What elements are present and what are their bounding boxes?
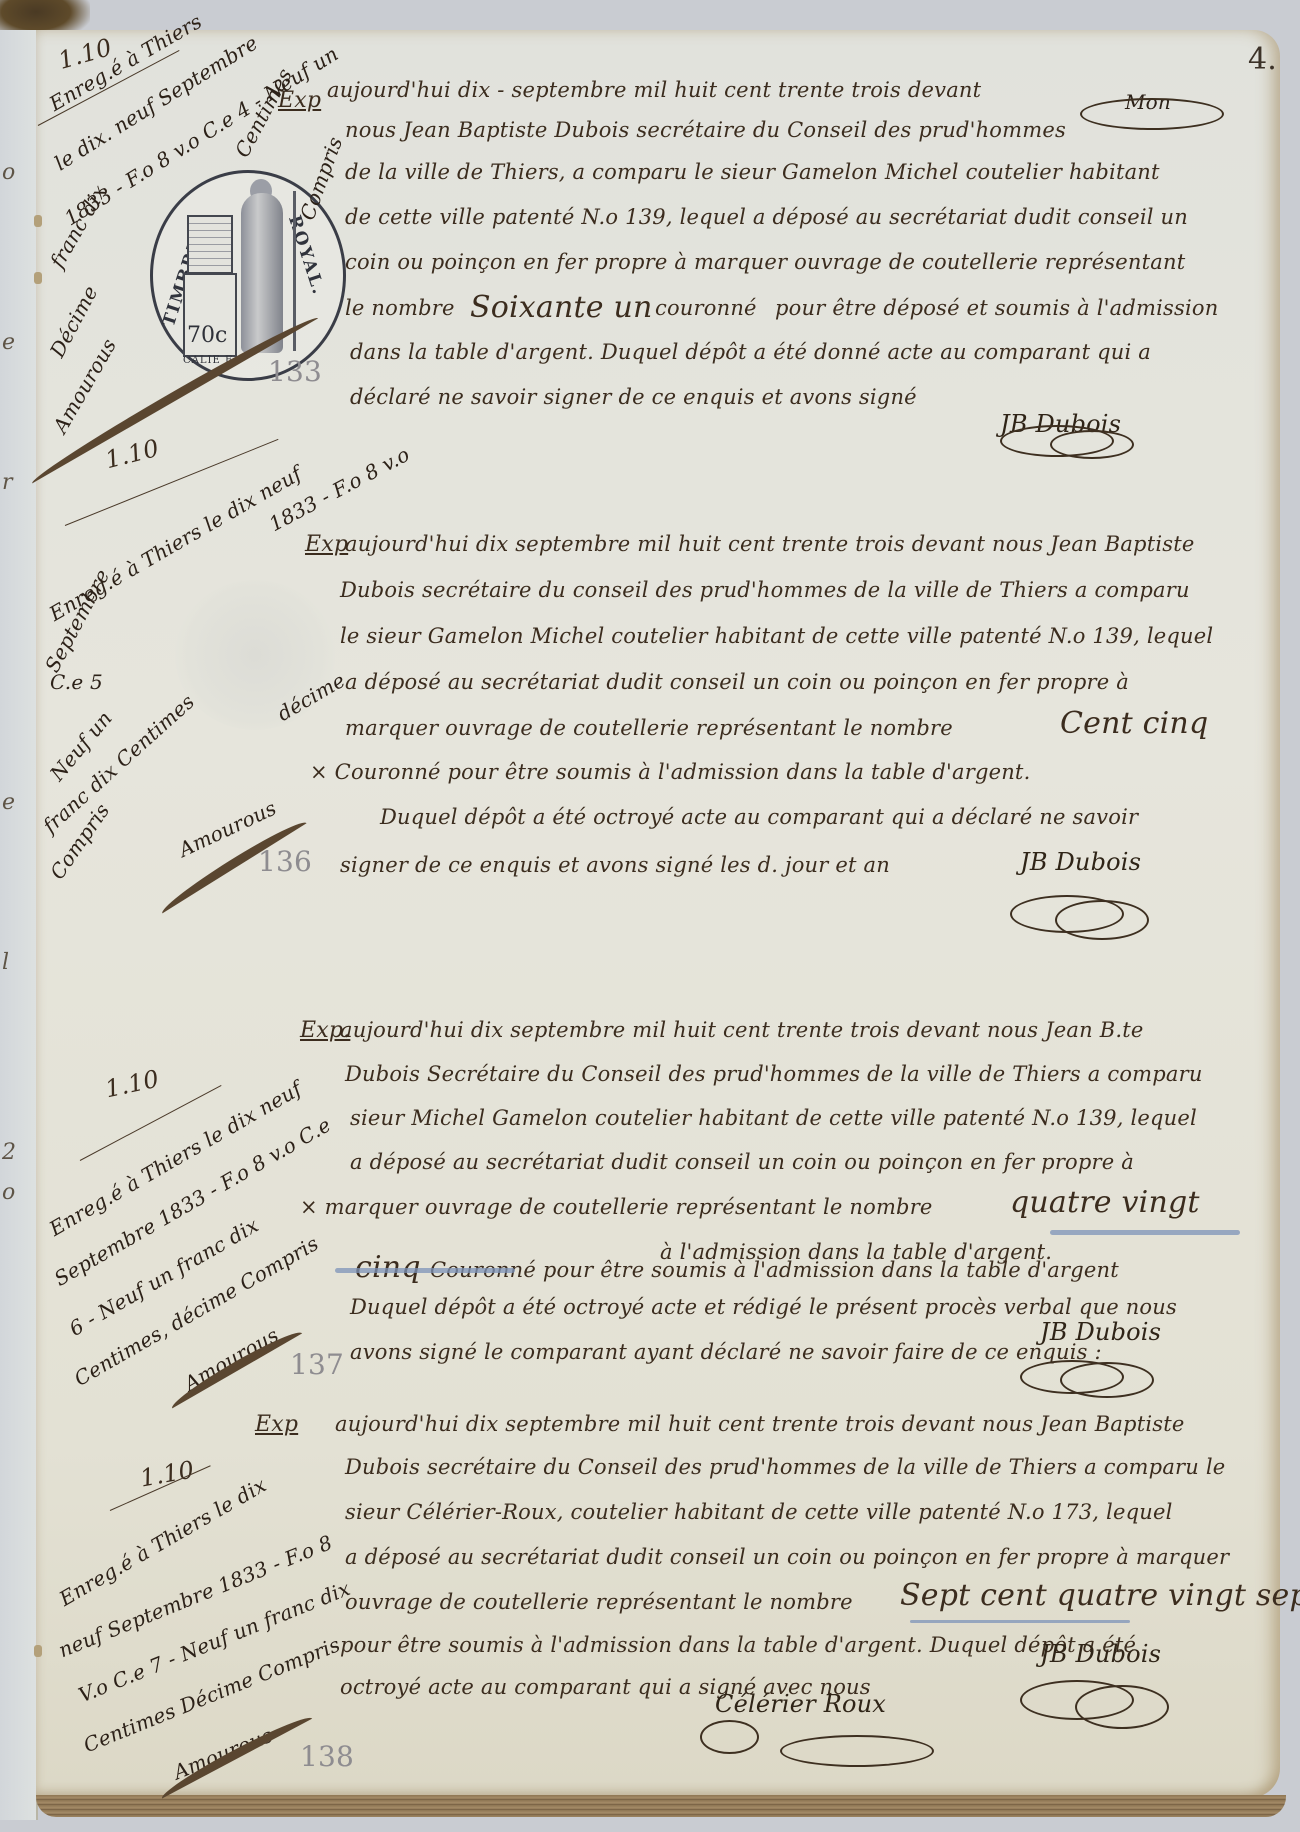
page-number: 4. xyxy=(1248,42,1277,77)
blue-pencil-underline xyxy=(335,1268,515,1273)
declared-number-words: quatre vingt xyxy=(1010,1185,1200,1220)
facing-page-fragment: o xyxy=(2,160,15,185)
stamp-value: 70c xyxy=(187,323,227,348)
entry-text-line: Dubois secrétaire du conseil des prud'ho… xyxy=(340,578,1190,602)
pencil-entry-number: 136 xyxy=(258,845,312,878)
pencil-entry-number: 138 xyxy=(300,1740,354,1773)
entry-text-line: coin ou poinçon en fer propre à marquer … xyxy=(345,250,1185,274)
binding-stitch xyxy=(34,1645,42,1657)
signature-paraph-icon xyxy=(1055,900,1149,940)
secretary-signature: JB Dubois xyxy=(1040,1318,1161,1346)
facing-page-fragment: 2 xyxy=(2,1140,16,1165)
stamp-ring-right-text: ROYAL. xyxy=(284,213,329,298)
entry-text-line: sieur Célérier-Roux, coutelier habitant … xyxy=(345,1500,1173,1524)
secretary-signature: JB Dubois xyxy=(1040,1640,1161,1668)
declared-number-words: Sept cent quatre vingt sept, xyxy=(900,1578,1300,1613)
entry-text-line: ouvrage de coutellerie représentant le n… xyxy=(345,1590,853,1614)
entry-text-line: Couronné pour être soumis à l'admission … xyxy=(430,1258,1119,1282)
declared-number-words: Soixante un xyxy=(470,290,653,325)
signature-paraph-icon xyxy=(780,1735,934,1767)
signature-paraph-icon xyxy=(700,1720,759,1754)
entry-text-line: Dubois secrétaire du Conseil des prud'ho… xyxy=(345,1455,1225,1479)
signature-paraph-icon xyxy=(1050,430,1134,459)
signature-paraph-icon xyxy=(1075,1685,1169,1729)
expedition-mark: Exp xyxy=(278,88,321,113)
expedition-mark: Exp xyxy=(305,532,348,557)
entry-text-line: Duquel dépôt a été octroyé acte au compa… xyxy=(380,805,1138,829)
entry-text-line: signer de ce enquis et avons signé les d… xyxy=(340,853,890,877)
blue-pencil-underline xyxy=(910,1620,1130,1623)
pencil-entry-number: 133 xyxy=(268,355,322,388)
binding-stitch xyxy=(34,215,42,227)
entry-text-line: couronné xyxy=(655,296,757,320)
entry-text-line: avons signé le comparant ayant déclaré n… xyxy=(350,1340,1102,1364)
pencil-entry-number: 137 xyxy=(290,1348,344,1381)
entry-text-line: Duquel dépôt a été octroyé acte et rédig… xyxy=(350,1295,1177,1319)
margin-paraph-icon xyxy=(1080,98,1224,130)
entry-text-line: a déposé au secrétariat dudit conseil un… xyxy=(345,1545,1229,1569)
signature-paraph-icon xyxy=(1060,1362,1154,1398)
entry-text-line: aujourd'hui dix - septembre mil huit cen… xyxy=(327,78,981,102)
entry-text-line: aujourd'hui dix septembre mil huit cent … xyxy=(335,1412,1185,1436)
entry-text-line: pour être déposé et soumis à l'admission xyxy=(775,296,1218,320)
entry-text-line: le sieur Gamelon Michel coutelier habita… xyxy=(340,624,1213,648)
entry-text-line: de cette ville patenté N.o 139, lequel a… xyxy=(345,205,1188,229)
entry-text-line: × marquer ouvrage de coutellerie représe… xyxy=(300,1195,933,1219)
secretary-signature: JB Dubois xyxy=(1020,848,1141,876)
page-stack-edge xyxy=(36,1795,1286,1817)
expedition-mark: Exp xyxy=(255,1412,298,1437)
facing-page-edge: o e r e l 2 o xyxy=(0,30,38,1820)
entry-text-line: dans la table d'argent. Duquel dépôt a é… xyxy=(350,340,1151,364)
entry-text-line: a déposé au secrétariat dudit conseil un… xyxy=(345,670,1129,694)
entry-text-line: déclaré ne savoir signer de ce enquis et… xyxy=(350,385,917,409)
party-signature: Célérier Roux xyxy=(715,1690,886,1718)
stamp-allegorical-figure-icon xyxy=(241,193,283,353)
entry-text-line: aujourd'hui dix septembre mil huit cent … xyxy=(345,532,1195,556)
declared-number-words: Cent cinq xyxy=(1060,706,1208,741)
facing-page-fragment: o xyxy=(2,1180,15,1205)
entry-text-line: pour être soumis à l'admission dans la t… xyxy=(340,1633,1136,1657)
registration-note-line: C.e 5 xyxy=(50,670,103,694)
entry-text-line: nous Jean Baptiste Dubois secrétaire du … xyxy=(345,118,1066,142)
entry-text-line: de la ville de Thiers, a comparu le sieu… xyxy=(345,160,1160,184)
blue-pencil-underline xyxy=(1050,1230,1240,1235)
entry-text-line: le nombre xyxy=(345,296,455,320)
binding-stitch xyxy=(34,272,42,284)
entry-text-line: × Couronné pour être soumis à l'admissio… xyxy=(310,760,1030,784)
facing-page-fragment: e xyxy=(2,790,15,815)
stamp-law-tablets-icon xyxy=(187,215,233,274)
entry-text-line: a déposé au secrétariat dudit conseil un… xyxy=(350,1150,1134,1174)
entry-text-line: marquer ouvrage de coutellerie représent… xyxy=(345,716,953,740)
facing-page-fragment: l xyxy=(2,950,9,975)
entry-text-line: Dubois Secrétaire du Conseil des prud'ho… xyxy=(345,1062,1203,1086)
entry-text-line: aujourd'hui dix septembre mil huit cent … xyxy=(340,1018,1143,1042)
entry-text-line: sieur Michel Gamelon coutelier habitant … xyxy=(350,1106,1197,1130)
facing-page-fragment: e xyxy=(2,330,15,355)
facing-page-fragment: r xyxy=(2,470,13,495)
